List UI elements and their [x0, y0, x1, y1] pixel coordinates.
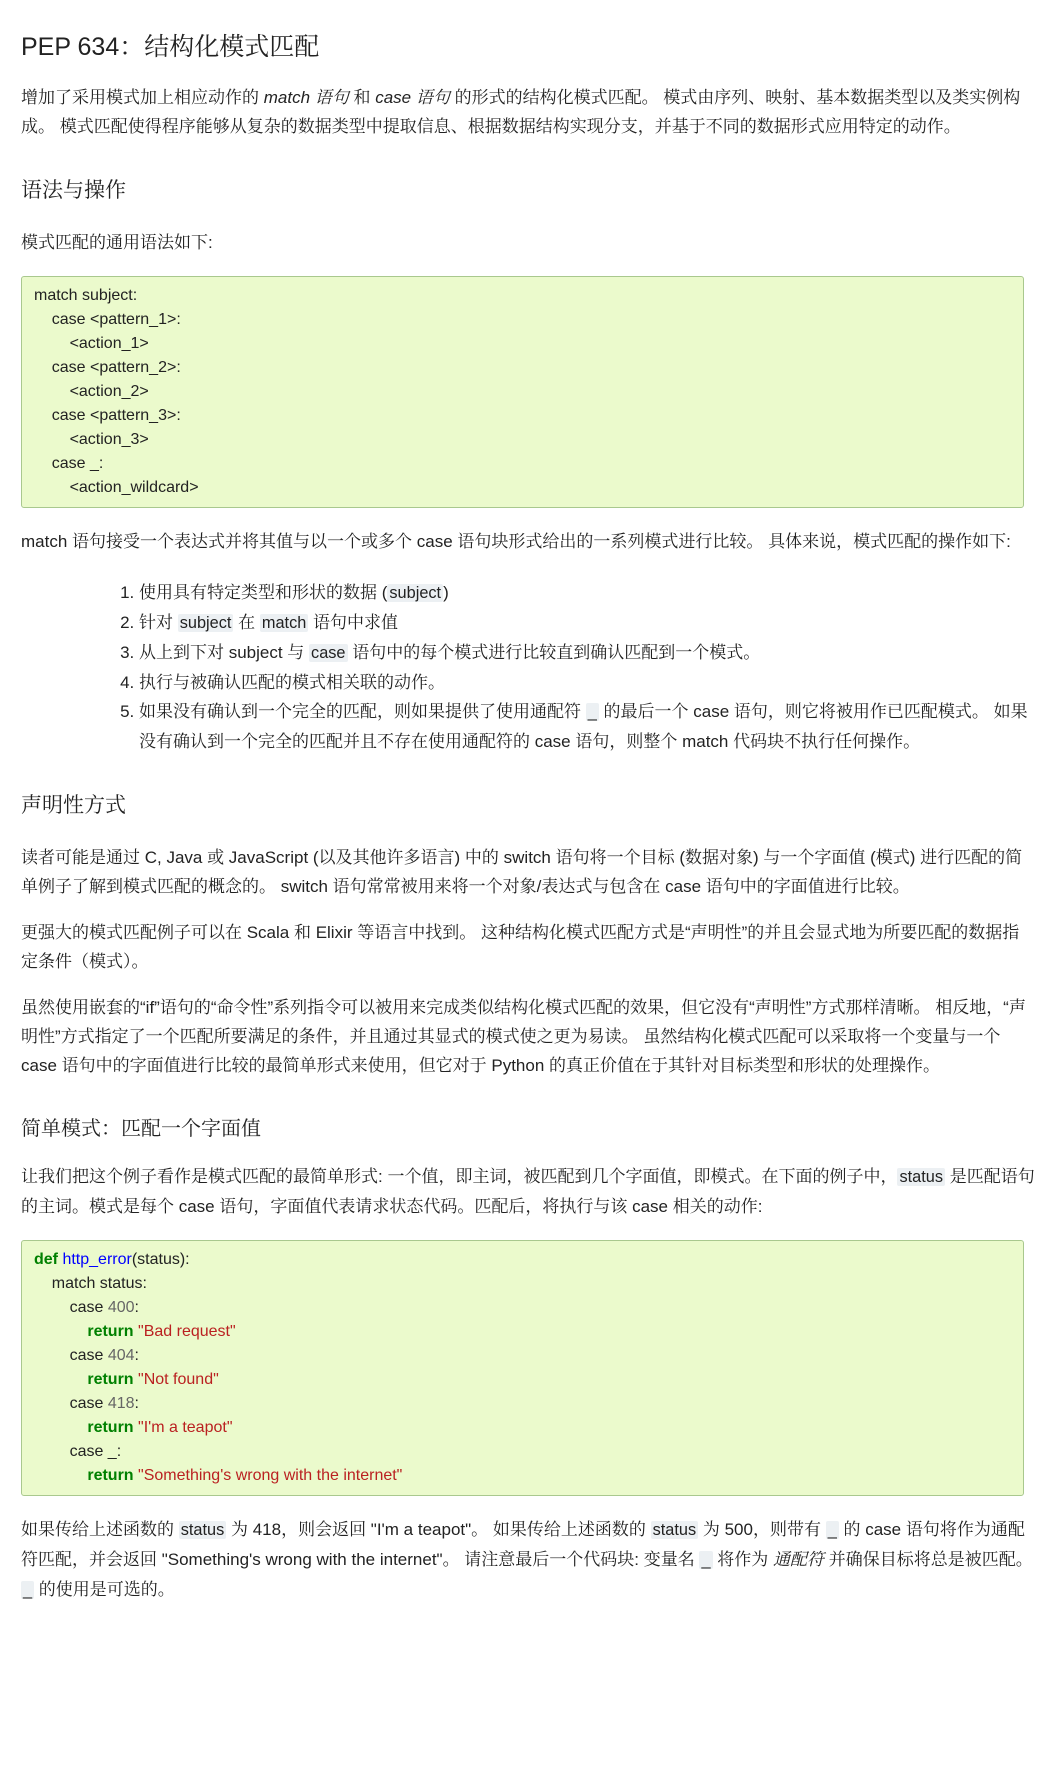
- syntax-lead-paragraph: 模式匹配的通用语法如下:: [21, 228, 1035, 257]
- code-token-s: "I'm a teapot": [138, 1419, 232, 1436]
- inline-code: subject: [387, 584, 443, 602]
- inline-code: _: [826, 1521, 839, 1539]
- code-token-k: def: [34, 1251, 58, 1268]
- inline-code: _: [699, 1551, 712, 1569]
- emphasis-text: case 语句: [375, 88, 450, 107]
- step-item: 针对 subject 在 match 语句中求值: [139, 608, 1035, 638]
- code-token-k: return: [87, 1371, 133, 1388]
- inline-code: status: [897, 1168, 945, 1186]
- code-token-s: "Not found": [138, 1371, 219, 1388]
- inline-code: match: [260, 614, 308, 632]
- code-token-nf: http_error: [62, 1251, 131, 1268]
- simple-lead-paragraph: 让我们把这个例子看作是模式匹配的最简单形式: 一个值，即主词，被匹配到几个字面值…: [21, 1162, 1035, 1221]
- documentation-page: PEP 634：结构化模式匹配 增加了采用模式加上相应动作的 match 语句 …: [0, 0, 1056, 1642]
- page-title: PEP 634：结构化模式匹配: [21, 32, 1035, 63]
- step-item: 如果没有确认到一个完全的匹配，则如果提供了使用通配符 _ 的最后一个 case …: [139, 697, 1035, 756]
- syntax-explain-paragraph: match 语句接受一个表达式并将其值与以一个或多个 case 语句块形式给出的…: [21, 527, 1035, 556]
- inline-code: _: [586, 703, 599, 721]
- code-token-m: 404: [108, 1347, 135, 1364]
- inline-code: case: [309, 644, 347, 662]
- step-item: 使用具有特定类型和形状的数据 (subject): [139, 578, 1035, 608]
- step-item: 执行与被确认匹配的模式相关联的动作。: [139, 668, 1035, 697]
- steps-blockquote: 使用具有特定类型和形状的数据 (subject) 针对 subject 在 ma…: [94, 578, 1035, 756]
- code-token-s: "Bad request": [138, 1323, 236, 1340]
- code-token-k: return: [87, 1419, 133, 1436]
- section-heading-simple-pattern: 简单模式：匹配一个字面值: [21, 1116, 1035, 1142]
- declarative-paragraph-2: 更强大的模式匹配例子可以在 Scala 和 Elixir 等语言中找到。 这种结…: [21, 918, 1035, 976]
- step-item: 从上到下对 subject 与 case 语句中的每个模式进行比较直到确认匹配到…: [139, 638, 1035, 668]
- inline-code: status: [651, 1521, 699, 1539]
- intro-paragraph: 增加了采用模式加上相应动作的 match 语句 和 case 语句 的形式的结构…: [21, 83, 1035, 141]
- pattern-matching-steps-list: 使用具有特定类型和形状的数据 (subject) 针对 subject 在 ma…: [94, 578, 1035, 756]
- code-token-m: 418: [108, 1395, 135, 1412]
- emphasis-text: match 语句: [264, 88, 349, 107]
- simple-outro-paragraph: 如果传给上述函数的 status 为 418，则会返回 "I'm a teapo…: [21, 1515, 1035, 1605]
- declarative-paragraph-3: 虽然使用嵌套的“if”语句的“命令性”系列指令可以被用来完成类似结构化模式匹配的…: [21, 993, 1035, 1080]
- inline-code: subject: [178, 614, 234, 632]
- declarative-paragraph-1: 读者可能是通过 C, Java 或 JavaScript (以及其他许多语言) …: [21, 843, 1035, 901]
- section-heading-declarative: 声明性方式: [21, 792, 1035, 819]
- code-block-http-error: def http_error(status): match status: ca…: [21, 1240, 1024, 1496]
- code-token-k: return: [87, 1467, 133, 1484]
- inline-code: _: [21, 1581, 34, 1599]
- section-heading-syntax: 语法与操作: [21, 177, 1035, 204]
- code-token-s: "Something's wrong with the internet": [138, 1467, 402, 1484]
- code-block-generic-syntax: match subject: case <pattern_1>: <action…: [21, 276, 1024, 508]
- emphasis-text: 通配符: [773, 1550, 824, 1569]
- inline-code: status: [179, 1521, 227, 1539]
- code-token-m: 400: [108, 1299, 135, 1316]
- code-token-k: return: [87, 1323, 133, 1340]
